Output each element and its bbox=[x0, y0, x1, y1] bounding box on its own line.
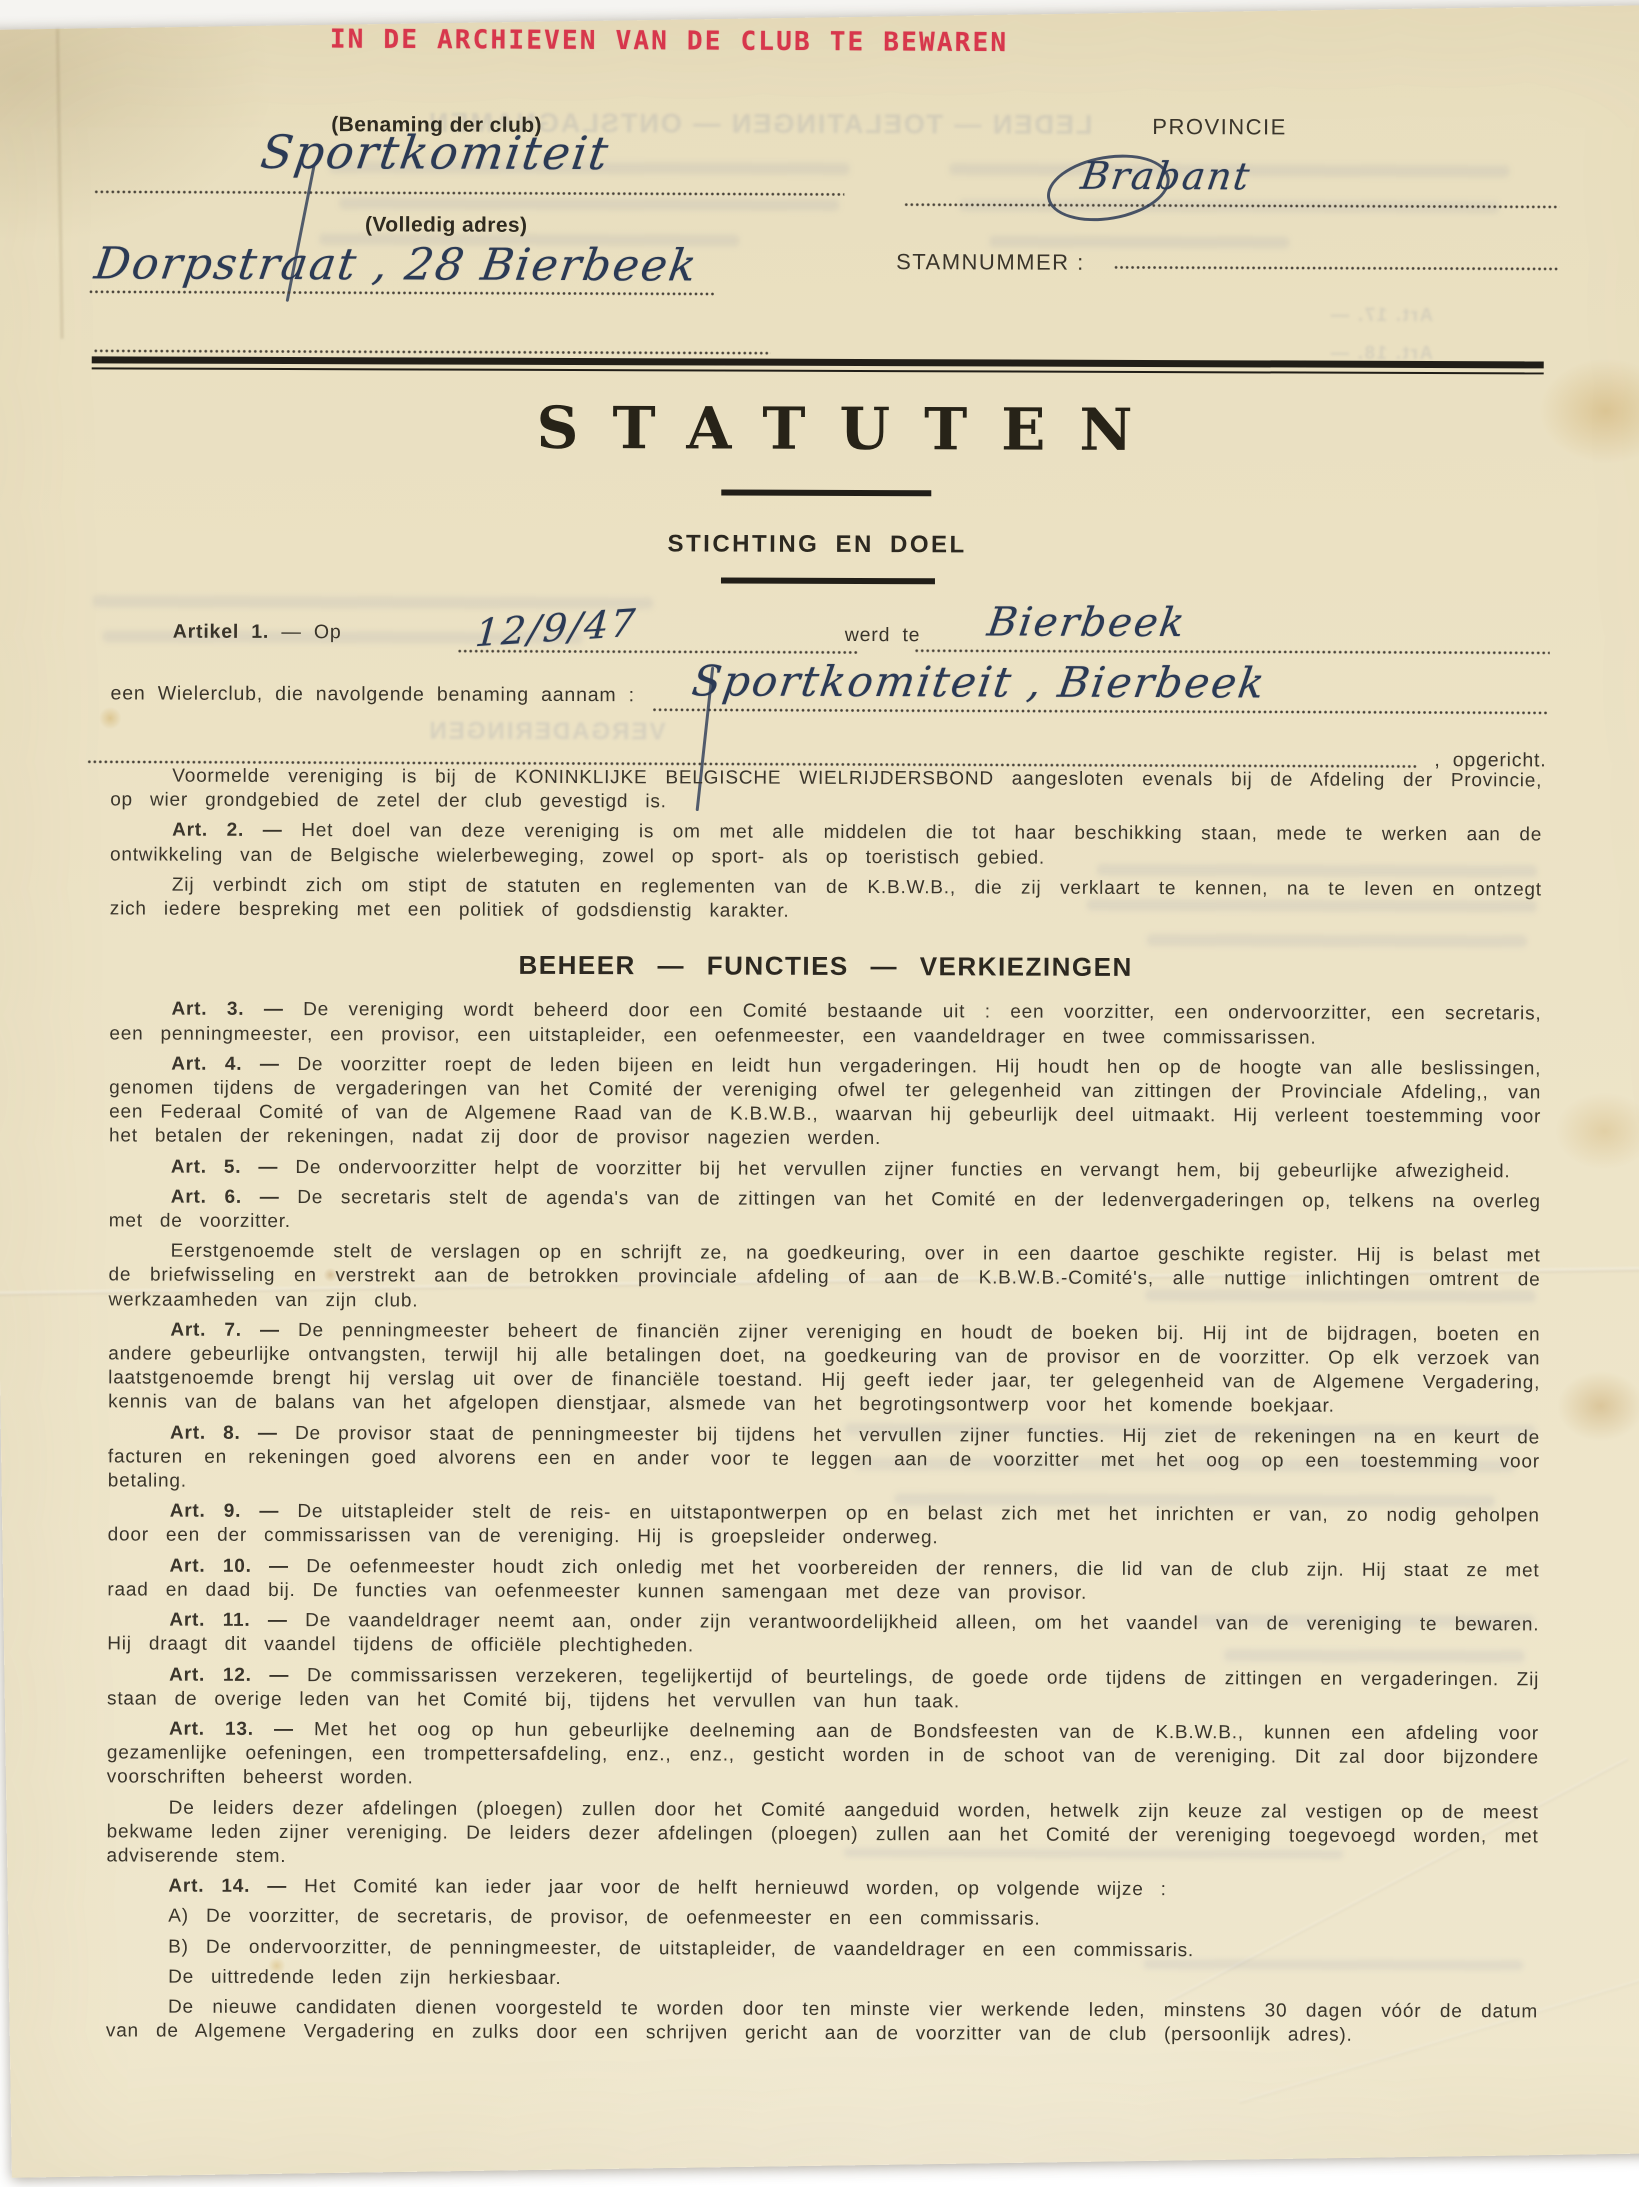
article-number: Art. 10. — bbox=[169, 1555, 306, 1576]
archive-stamp: IN DE ARCHIEVEN VAN DE CLUB TE BEWAREN bbox=[330, 25, 1009, 59]
section-rule bbox=[721, 578, 935, 585]
article-paragraph: Art. 6. — De secretaris stelt de agenda'… bbox=[109, 1185, 1541, 1238]
handwritten-club-name-2: Sportkomiteit , Bierbeek bbox=[689, 656, 1269, 707]
article-paragraph: Zij verbindt zich om stipt de statuten e… bbox=[110, 873, 1542, 926]
article-paragraph: Art. 10. — De oefenmeester houdt zich on… bbox=[107, 1554, 1539, 1607]
document-content: LEDEN — TOELATINGEN — ONTSLAGNAMEN Art. … bbox=[0, 0, 1639, 2187]
article-paragraph: Art. 11. — De vaandeldrager neemt aan, o… bbox=[107, 1608, 1539, 1661]
article1-lead: Artikel 1. — Op bbox=[173, 621, 342, 645]
article-number: Art. 12. — bbox=[169, 1664, 307, 1685]
article-paragraph: B) De ondervoorzitter, de penningmeester… bbox=[106, 1935, 1538, 1964]
club-name2-value: Sportkomiteit , Bierbeek bbox=[693, 656, 1266, 707]
article-paragraph: Voormelde vereniging is bij de KONINKLIJ… bbox=[110, 764, 1542, 817]
thick-rule bbox=[92, 356, 1544, 368]
province-value: Brabant bbox=[1081, 154, 1251, 200]
handwritten-date: 12/9/47 bbox=[474, 601, 639, 656]
bleed-through-line bbox=[989, 235, 1289, 248]
article-number: Art. 11. — bbox=[169, 1610, 305, 1631]
article-number: Art. 5. — bbox=[171, 1156, 295, 1177]
article-paragraph: De nieuwe candidaten dienen voorgesteld … bbox=[106, 1995, 1538, 2048]
stamnummer-label: STAMNUMMER : bbox=[896, 249, 1085, 276]
article-paragraph: Art. 5. — De ondervoorzitter helpt de vo… bbox=[109, 1155, 1541, 1184]
article-paragraph: Art. 8. — De provisor staat de penningme… bbox=[108, 1421, 1540, 1499]
place-line bbox=[915, 649, 1550, 654]
article1-line2: een Wielerclub, die navolgende benaming … bbox=[111, 682, 635, 707]
section-heading-beheer: BEHEER — FUNCTIES — VERKIEZINGEN bbox=[110, 952, 1542, 981]
article-number: Art. 6. — bbox=[171, 1186, 298, 1207]
article-number: Art. 13. — bbox=[169, 1719, 314, 1741]
article-paragraph: A) De voorzitter, de secretaris, de prov… bbox=[106, 1905, 1538, 1934]
werd-te-label: werd te bbox=[845, 624, 921, 647]
article-paragraph: Art. 4. — De voorzitter roept de leden b… bbox=[109, 1052, 1541, 1154]
date-value: 12/9/47 bbox=[476, 606, 637, 652]
thin-rule bbox=[92, 367, 1544, 374]
article-paragraph: Eerstgenoemde stelt de verslagen op en s… bbox=[108, 1240, 1540, 1318]
bleed-through-text: VERGADERINGEN bbox=[427, 717, 665, 746]
club-name2-line bbox=[653, 708, 1550, 714]
statutes-body: Voormelde vereniging is bij de KONINKLIJ… bbox=[106, 764, 1542, 2054]
article-number: Art. 4. — bbox=[171, 1053, 297, 1074]
article-number: Art. 3. — bbox=[171, 999, 303, 1020]
province-label: PROVINCIE bbox=[1145, 114, 1295, 141]
handwritten-place: Bierbeek bbox=[985, 599, 1190, 646]
address-value: Dorpstraat , 28 Bierbeek bbox=[95, 238, 698, 291]
article1-op: — Op bbox=[281, 621, 341, 643]
club-name-line bbox=[94, 190, 844, 196]
article-number: Art. 2. — bbox=[172, 820, 301, 841]
article-paragraph: Art. 3. — De vereniging wordt beheerd do… bbox=[109, 998, 1541, 1051]
title-rule bbox=[721, 490, 931, 497]
address-label: (Volledig adres) bbox=[296, 213, 596, 238]
handwritten-address: Dorpstraat , 28 Bierbeek bbox=[91, 238, 701, 291]
article-paragraph: De leiders dezer afdelingen (ploegen) zu… bbox=[106, 1796, 1538, 1874]
article-paragraph: De uittredende leden zijn herkiesbaar. bbox=[106, 1965, 1538, 1994]
bleed-through-text: Art. 17. — bbox=[1329, 305, 1433, 326]
stamnummer-line bbox=[1114, 266, 1559, 271]
article-paragraph: Art. 9. — De uitstapleider stelt de reis… bbox=[108, 1500, 1540, 1553]
section-heading-stichting: STICHTING EN DOEL bbox=[91, 528, 1543, 561]
article-paragraph: Art. 2. — Het doel van deze vereniging i… bbox=[110, 819, 1542, 872]
article-number: Art. 8. — bbox=[170, 1422, 295, 1443]
article1-number: Artikel 1. bbox=[173, 621, 269, 643]
article-paragraph: Art. 14. — Het Comité kan ieder jaar voo… bbox=[106, 1875, 1538, 1904]
article-paragraph: Art. 7. — De penningmeester beheert de f… bbox=[108, 1318, 1540, 1420]
article-number: Art. 9. — bbox=[170, 1501, 298, 1522]
separator-dotted-line bbox=[94, 349, 771, 354]
document-title: STATUTEN bbox=[91, 392, 1577, 465]
scanned-document: LEDEN — TOELATINGEN — ONTSLAGNAMEN Art. … bbox=[0, 0, 1639, 2187]
place-value: Bierbeek bbox=[988, 599, 1186, 646]
article-number: Art. 7. — bbox=[170, 1319, 298, 1340]
article-number: Art. 14. — bbox=[168, 1876, 304, 1897]
handwritten-province: Brabant bbox=[1078, 154, 1254, 199]
article-paragraph: Art. 12. — De commissarissen verzekeren,… bbox=[107, 1663, 1539, 1716]
bleed-through-line bbox=[339, 197, 839, 211]
article-paragraph: Art. 13. — Met het oog op hun gebeurlijk… bbox=[107, 1717, 1539, 1795]
